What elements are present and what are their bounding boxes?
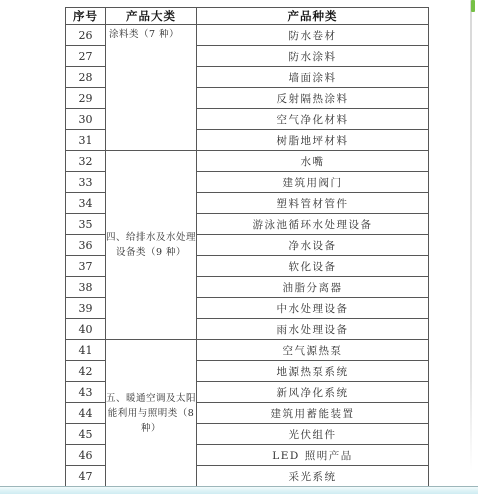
col-header-category: 产品大类 — [106, 8, 197, 25]
serial-cell: 45 — [66, 424, 106, 445]
serial-cell: 42 — [66, 361, 106, 382]
serial-cell: 44 — [66, 403, 106, 424]
type-cell: 建筑用阀门 — [197, 172, 429, 193]
type-cell: 反射隔热涂料 — [197, 88, 429, 109]
serial-cell: 39 — [66, 298, 106, 319]
table-row: 32 四、给排水及水处理 设备类（9 种） 水嘴 — [66, 151, 429, 172]
serial-cell: 43 — [66, 382, 106, 403]
serial-cell: 46 — [66, 445, 106, 466]
type-cell: 防水涂料 — [197, 46, 429, 67]
serial-cell: 38 — [66, 277, 106, 298]
serial-cell: 35 — [66, 214, 106, 235]
table-row: 41 五、暖通空调及太阳 能利用与照明类（8 种） 空气源热泵 — [66, 340, 429, 361]
bottom-window-edge — [0, 486, 478, 494]
serial-cell: 29 — [66, 88, 106, 109]
serial-cell: 40 — [66, 319, 106, 340]
serial-cell: 31 — [66, 130, 106, 151]
type-cell: 中水处理设备 — [197, 298, 429, 319]
type-cell: 树脂地坪材料 — [197, 130, 429, 151]
type-cell: 墙面涂料 — [197, 67, 429, 88]
type-cell: 软化设备 — [197, 256, 429, 277]
type-cell: 游泳池循环水处理设备 — [197, 214, 429, 235]
serial-cell: 33 — [66, 172, 106, 193]
scrollbar-track[interactable] — [470, 0, 472, 471]
document-page: 序号 产品大类 产品种类 26 涂料类（7 种） 防水卷材 27 防水涂料 28… — [0, 0, 478, 494]
serial-cell: 41 — [66, 340, 106, 361]
serial-cell: 36 — [66, 235, 106, 256]
scrollbar-thumb[interactable] — [471, 0, 475, 12]
type-cell: 新风净化系统 — [197, 382, 429, 403]
serial-cell: 34 — [66, 193, 106, 214]
type-cell: 建筑用蓄能装置 — [197, 403, 429, 424]
type-cell: 空气净化材料 — [197, 109, 429, 130]
type-cell: 雨水处理设备 — [197, 319, 429, 340]
serial-cell: 26 — [66, 25, 106, 46]
type-cell: LED 照明产品 — [197, 445, 429, 466]
serial-cell: 37 — [66, 256, 106, 277]
type-cell: 地源热泵系统 — [197, 361, 429, 382]
table-row: 26 涂料类（7 种） 防水卷材 — [66, 25, 429, 46]
category-cell: 四、给排水及水处理 设备类（9 种） — [106, 151, 197, 340]
category-cell: 五、暖通空调及太阳 能利用与照明类（8 种） — [106, 340, 197, 487]
serial-cell: 28 — [66, 67, 106, 88]
type-cell: 油脂分离器 — [197, 277, 429, 298]
serial-cell: 27 — [66, 46, 106, 67]
col-header-serial: 序号 — [66, 8, 106, 25]
serial-cell: 47 — [66, 466, 106, 487]
product-category-table: 序号 产品大类 产品种类 26 涂料类（7 种） 防水卷材 27 防水涂料 28… — [65, 7, 429, 487]
type-cell: 水嘴 — [197, 151, 429, 172]
serial-cell: 30 — [66, 109, 106, 130]
serial-cell: 32 — [66, 151, 106, 172]
category-cell: 涂料类（7 种） — [106, 25, 197, 151]
type-cell: 净水设备 — [197, 235, 429, 256]
col-header-type: 产品种类 — [197, 8, 429, 25]
type-cell: 光伏组件 — [197, 424, 429, 445]
type-cell: 采光系统 — [197, 466, 429, 487]
table-header-row: 序号 产品大类 产品种类 — [66, 8, 429, 25]
type-cell: 防水卷材 — [197, 25, 429, 46]
type-cell: 塑料管材管件 — [197, 193, 429, 214]
type-cell: 空气源热泵 — [197, 340, 429, 361]
